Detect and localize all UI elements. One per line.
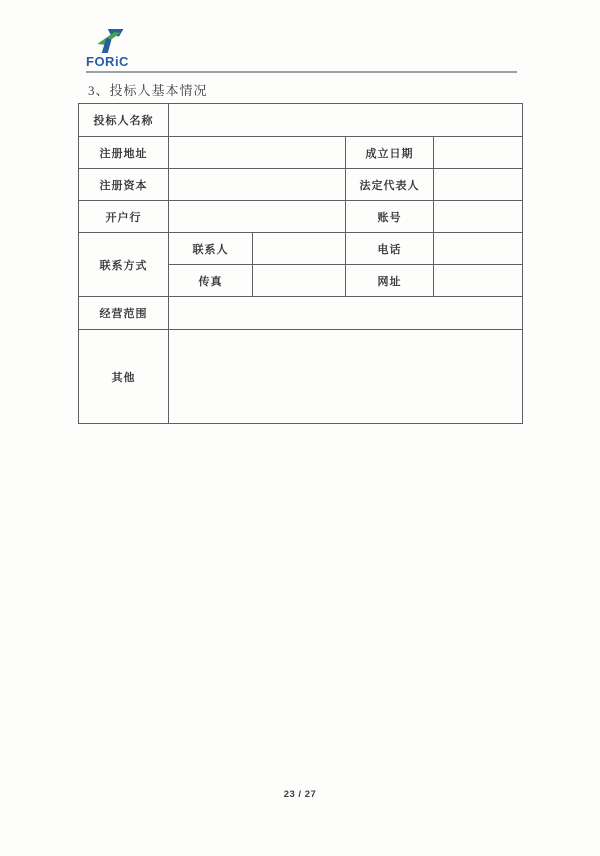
cell-label-phone: 电话 [346,233,434,265]
cell-value-business-scope [169,297,523,330]
table-row: 其他 [79,330,523,424]
cell-label-other: 其他 [79,330,169,424]
table-row: 注册地址 成立日期 [79,137,523,169]
cell-value-registered-address [169,137,346,169]
cell-label-fax: 传真 [169,265,253,297]
document-page: FORiC 3、投标人基本情况 投标人名称 注册地址 成立日期 注册资本 法定代… [0,0,600,856]
cell-value-establishment-date [434,137,523,169]
cell-value-bank [169,201,346,233]
cell-label-account-number: 账号 [346,201,434,233]
cell-label-bidder-name: 投标人名称 [79,104,169,137]
cell-label-contact-person: 联系人 [169,233,253,265]
foric-logo-text: FORiC [86,55,146,69]
cell-value-registered-capital [169,169,346,201]
table-row: 开户行 账号 [79,201,523,233]
table-row: 联系方式 联系人 电话 [79,233,523,265]
table-row: 经营范围 [79,297,523,330]
cell-value-account-number [434,201,523,233]
cell-value-website [434,265,523,297]
cell-value-fax [253,265,346,297]
cell-label-contact-method: 联系方式 [79,233,169,297]
cell-label-website: 网址 [346,265,434,297]
cell-label-establishment-date: 成立日期 [346,137,434,169]
table-row: 投标人名称 [79,104,523,137]
cell-label-registered-address: 注册地址 [79,137,169,169]
bidder-info-table: 投标人名称 注册地址 成立日期 注册资本 法定代表人 开户行 账号 联系方式 联… [78,103,523,424]
cell-label-business-scope: 经营范围 [79,297,169,330]
cell-label-registered-capital: 注册资本 [79,169,169,201]
cell-label-bank: 开户行 [79,201,169,233]
foric-logo: FORiC [86,28,146,69]
cell-value-phone [434,233,523,265]
header-divider [86,71,517,73]
section-heading: 3、投标人基本情况 [88,80,208,99]
cell-value-legal-representative [434,169,523,201]
cell-value-contact-person [253,233,346,265]
cell-value-bidder-name [169,104,523,137]
foric-logo-icon [95,28,125,54]
cell-value-other [169,330,523,424]
page-number: 23 / 27 [0,789,600,800]
cell-label-legal-representative: 法定代表人 [346,169,434,201]
table-row: 注册资本 法定代表人 [79,169,523,201]
